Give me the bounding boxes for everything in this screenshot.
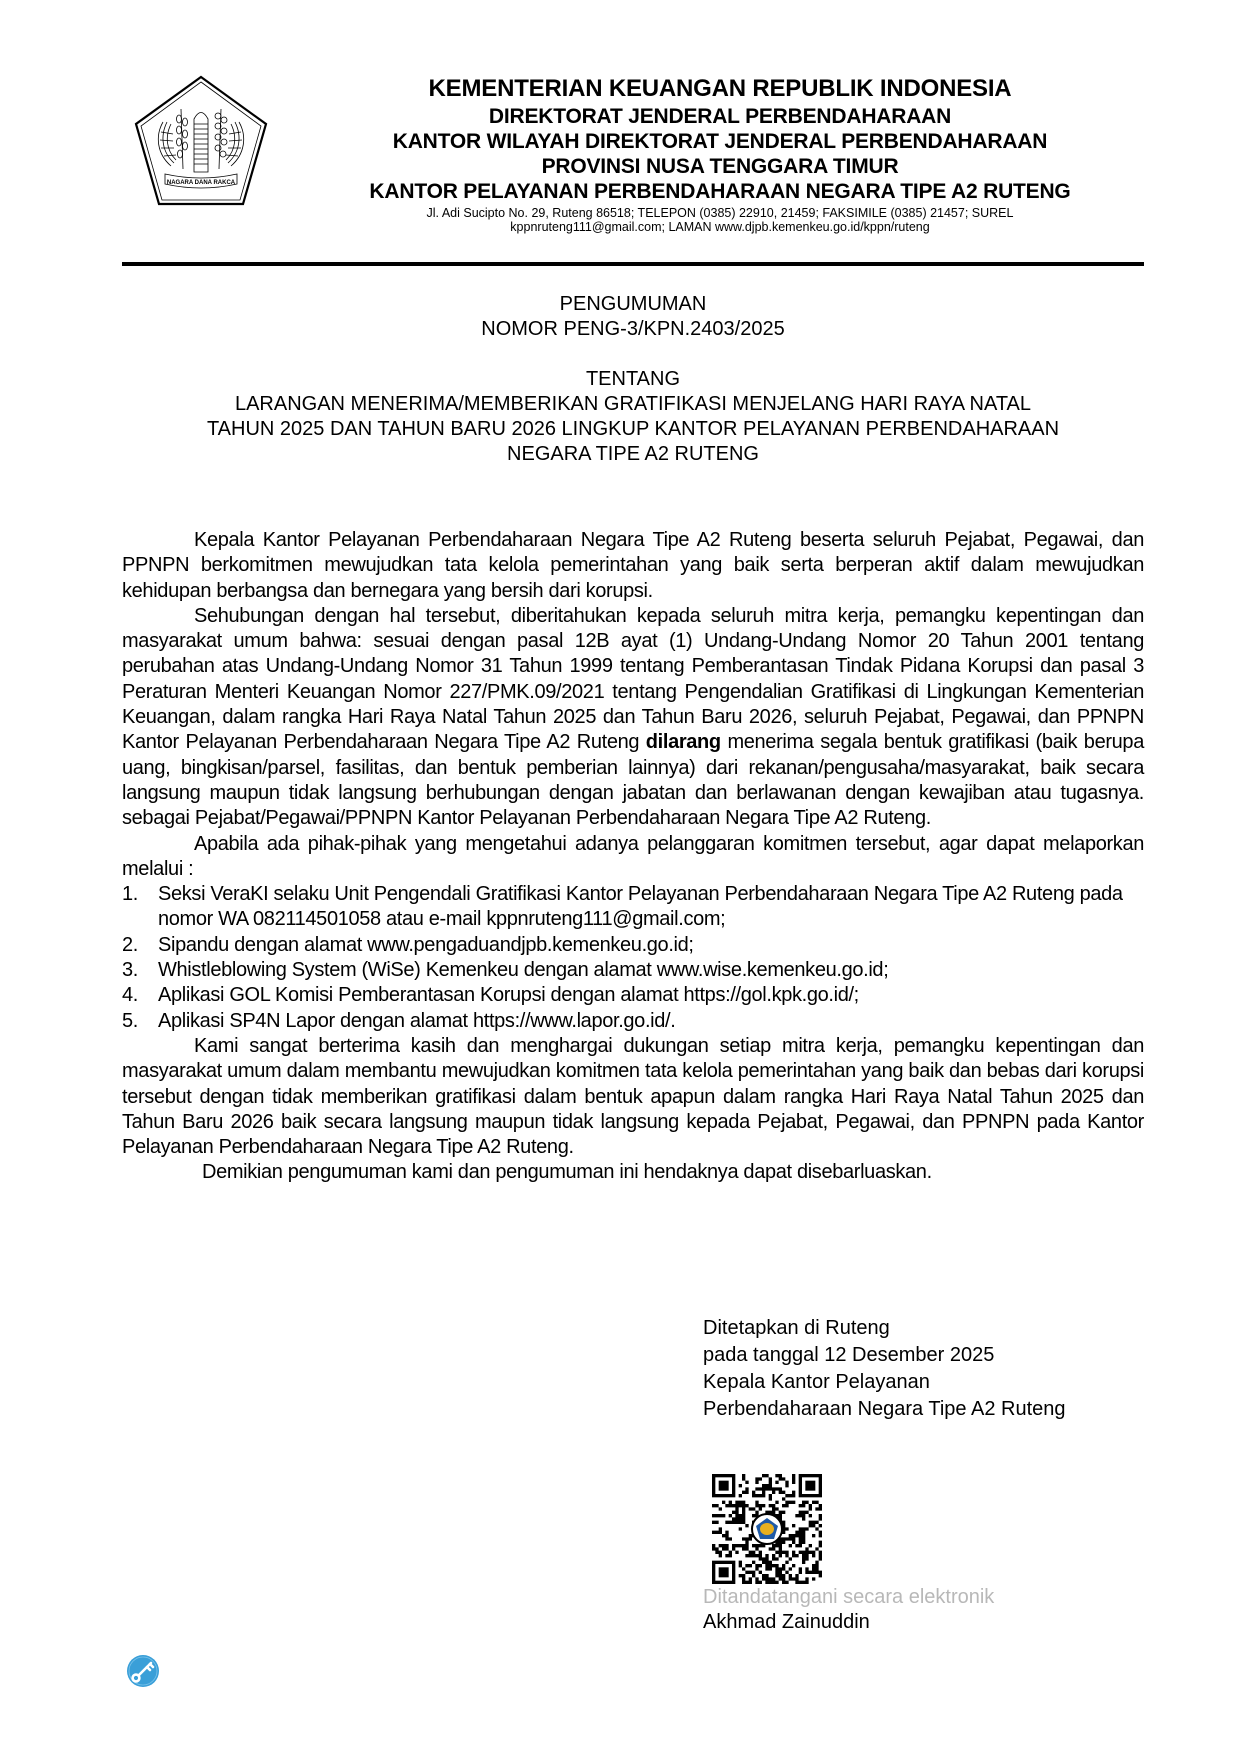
- signature-block: Ditetapkan di Ruteng pada tanggal 12 Des…: [703, 1315, 1143, 1423]
- about-label: TENTANG: [122, 367, 1144, 392]
- qr-code-signature-icon: [712, 1474, 822, 1584]
- province-name: PROVINSI NUSA TENGGARA TIMUR: [280, 154, 1160, 179]
- letterhead-divider: [122, 262, 1144, 266]
- key-badge-icon: [126, 1654, 160, 1688]
- office-contact: kppnruteng111@gmail.com; LAMAN www.djpb.…: [280, 220, 1160, 234]
- paragraph-commitment: Kepala Kantor Pelayanan Perbendaharaan N…: [122, 528, 1144, 604]
- list-item: 2.Sipandu dengan alamat www.pengaduandjp…: [122, 933, 1144, 958]
- prohibited-emphasis: dilarang: [646, 731, 721, 753]
- doc-type: PENGUMUMAN: [122, 292, 1144, 317]
- sign-date: pada tanggal 12 Desember 2025: [703, 1342, 1143, 1369]
- list-item: 5.Aplikasi SP4N Lapor dengan alamat http…: [122, 1009, 1144, 1034]
- subject-line: NEGARA TIPE A2 RUTENG: [122, 442, 1144, 467]
- regional-office-name: KANTOR WILAYAH DIREKTORAT JENDERAL PERBE…: [280, 129, 1160, 154]
- office-name: KANTOR PELAYANAN PERBENDAHARAAN NEGARA T…: [280, 179, 1160, 204]
- office-address: Jl. Adi Sucipto No. 29, Ruteng 86518; TE…: [280, 206, 1160, 220]
- paragraph-prohibition: Sehubungan dengan hal tersebut, diberita…: [122, 604, 1144, 832]
- signer-position: Kepala Kantor Pelayanan: [703, 1369, 1143, 1396]
- svg-text:NAGARA DANA RAKCA: NAGARA DANA RAKCA: [167, 180, 236, 186]
- list-item: 3.Whistleblowing System (WiSe) Kemenkeu …: [122, 958, 1144, 983]
- announcement-body: Kepala Kantor Pelayanan Perbendaharaan N…: [122, 528, 1144, 1186]
- subject-line: LARANGAN MENERIMA/MEMBERIKAN GRATIFIKASI…: [122, 392, 1144, 417]
- report-channel-list: 1.Seksi VeraKI selaku Unit Pengendali Gr…: [122, 882, 1144, 1034]
- ministry-name: KEMENTERIAN KEUANGAN REPUBLIK INDONESIA: [280, 74, 1160, 104]
- paragraph-thanks: Kami sangat berterima kasih dan mengharg…: [122, 1034, 1144, 1160]
- letterhead: KEMENTERIAN KEUANGAN REPUBLIK INDONESIA …: [280, 74, 1160, 234]
- signer-position: Perbendaharaan Negara Tipe A2 Ruteng: [703, 1396, 1143, 1423]
- signer-name: Akhmad Zainuddin: [703, 1609, 870, 1635]
- doc-number: NOMOR PENG-3/KPN.2403/2025: [122, 317, 1144, 342]
- list-item: 1.Seksi VeraKI selaku Unit Pengendali Gr…: [122, 882, 1144, 933]
- paragraph-reporting: Apabila ada pihak-pihak yang mengetahui …: [122, 832, 1144, 883]
- kemenkeu-emblem-icon: NAGARA DANA RAKCA: [133, 74, 269, 208]
- directorate-name: DIREKTORAT JENDERAL PERBENDAHARAAN: [280, 104, 1160, 129]
- announcement-title: PENGUMUMAN NOMOR PENG-3/KPN.2403/2025 TE…: [122, 292, 1144, 467]
- document-page: NAGARA DANA RAKCA KEMENTERIAN KEUANGAN R…: [0, 0, 1241, 1754]
- sign-place: Ditetapkan di Ruteng: [703, 1315, 1143, 1342]
- subject-line: TAHUN 2025 DAN TAHUN BARU 2026 LINGKUP K…: [122, 417, 1144, 442]
- electronic-signature-note: Ditandatangani secara elektronik: [703, 1584, 994, 1610]
- list-item: 4.Aplikasi GOL Komisi Pemberantasan Koru…: [122, 983, 1144, 1008]
- paragraph-closing: Demikian pengumuman kami dan pengumuman …: [122, 1160, 1144, 1185]
